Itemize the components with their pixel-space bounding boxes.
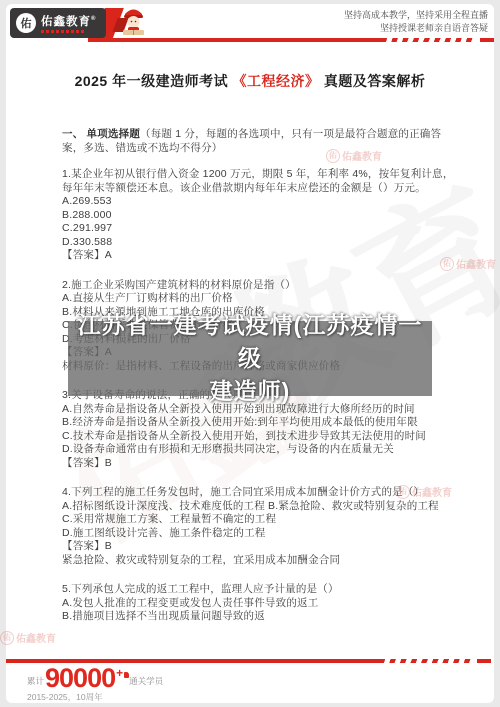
divider-end [480,38,494,42]
watermark-logo-text: 佑鑫教育 [16,630,56,645]
brand-logo-icon: 佑 [16,13,36,33]
page-title-prefix: 2025 年一级建造师考试 [75,73,229,89]
watermark-logo: 佑 佑鑫教育 [0,630,56,645]
header-divider [88,38,494,42]
stats-prefix: 累计 [27,675,44,687]
question-line: C.采用常规施工方案、工程量暂不确定的工程 [62,513,454,527]
explanation-line: 紧急抢险、救灾或特别复杂的工程，宜采用成本加酬金合同 [62,554,454,568]
question-line: A.招标图纸设计深度浅、技术难度低的工程 B.紧急抢险、救灾或特别复杂的工程 [62,500,454,514]
answer-line: 【答案】B [62,457,454,471]
divider-dashes [380,659,472,663]
brand-logo: 佑 佑鑫教育® [10,8,106,38]
footer-divider [6,659,494,663]
stats-count: 90000 [45,666,115,690]
question-line: 1.某企业年初从银行借入资金 1200 万元，期限 5 年，年利率 4%，按年复… [62,168,454,195]
watermark-logo-icon: 佑 [0,631,14,645]
question-block-1: 1.某企业年初从银行借入资金 1200 万元，期限 5 年，年利率 4%，按年复… [62,168,454,263]
section-heading: 一、 单项选择题（每题 1 分，每题的各选项中，只有一项是最符合题意的正确答案，… [62,128,454,155]
mascot-icon [120,5,147,38]
brand-name: 佑鑫教育 [41,16,91,28]
question-line: D.设备寿命通常由有形损和无形磨损共同决定，与设备的内在质量无关 [62,443,454,457]
answer-line: 【答案】A [62,249,454,263]
question-line: C.291.997 [62,222,454,236]
anniversary-text: 2015-2025，10周年 [27,691,103,703]
question-line: 2.施工企业采购国产建筑材料的材料原价是指（） [62,279,454,293]
divider-solid [88,38,382,42]
overlay-banner: 江苏省一建考试疫情(江苏疫情一级 建造师) [68,321,432,396]
question-block-4: 4.下列工程的施工任务发包时，施工合同宜采用成本加酬金计价方式的是（） A.招标… [62,486,454,567]
flame-icon [124,672,129,678]
divider-solid [6,659,380,663]
watermark-logo-text: 佑鑫教育 [456,256,496,271]
overlay-banner-line2: 建造师) [68,375,432,408]
question-line: A.直接从生产厂订购材料的出厂价格 [62,292,454,306]
page-title-suffix: 真题及答案解析 [324,73,426,89]
question-block-5: 5.下列承包人完成的返工工程中，监理人应予计量的是（） A.发包人批准的工程变更… [62,583,454,624]
question-line: A.发包人批准的工程变更或发包人责任事件导致的返工 [62,597,454,611]
stats-suffix: 通关学员 [129,675,163,687]
header-slogan: 坚持高成本教学，坚持采用全程直播 坚持授课老师亲自语音答疑 [344,9,488,35]
brand-tagline-strip [41,30,85,33]
question-line: D.施工图纸设计完善、施工条件稳定的工程 [62,527,454,541]
question-line: 4.下列工程的施工任务发包时，施工合同宜采用成本加酬金计价方式的是（） [62,486,454,500]
page-title: 2025 年一级建造师考试 《工程经济》 真题及答案解析 [0,71,500,91]
section-heading-label: 一、 单项选择题 [62,128,140,140]
question-line: A.269.553 [62,195,454,209]
answer-line: 【答案】B [62,540,454,554]
overlay-banner-line1: 江苏省一建考试疫情(江苏疫情一级 [68,309,432,375]
stats-plus: + [116,666,123,680]
question-line: D.330.588 [62,236,454,250]
question-line: B.措施项目选择不当出现质量问题导致的返 [62,610,454,624]
registered-mark: ® [91,16,96,22]
question-line: B.经济寿命是指设备从全新投入使用开始:到年平均使用成本最低的使用年限 [62,416,454,430]
divider-dashes [382,38,475,42]
header-slogan-line2: 坚持授课老师亲自语音答疑 [344,22,488,35]
question-line: C.技术寿命是指设备从全新投入使用开始，到技术进步导致其无法使用的时间 [62,430,454,444]
page-title-highlight: 《工程经济》 [233,73,320,89]
header-slogan-line1: 坚持高成本教学，坚持采用全程直播 [344,9,488,22]
brand-text: 佑鑫教育® [41,13,96,33]
question-line: 5.下列承包人完成的返工工程中，监理人应予计量的是（） [62,583,454,597]
footer-stats: 累计 90000 + 通关学员 [27,663,163,690]
question-line: B.288.000 [62,209,454,223]
divider-end [477,659,491,663]
